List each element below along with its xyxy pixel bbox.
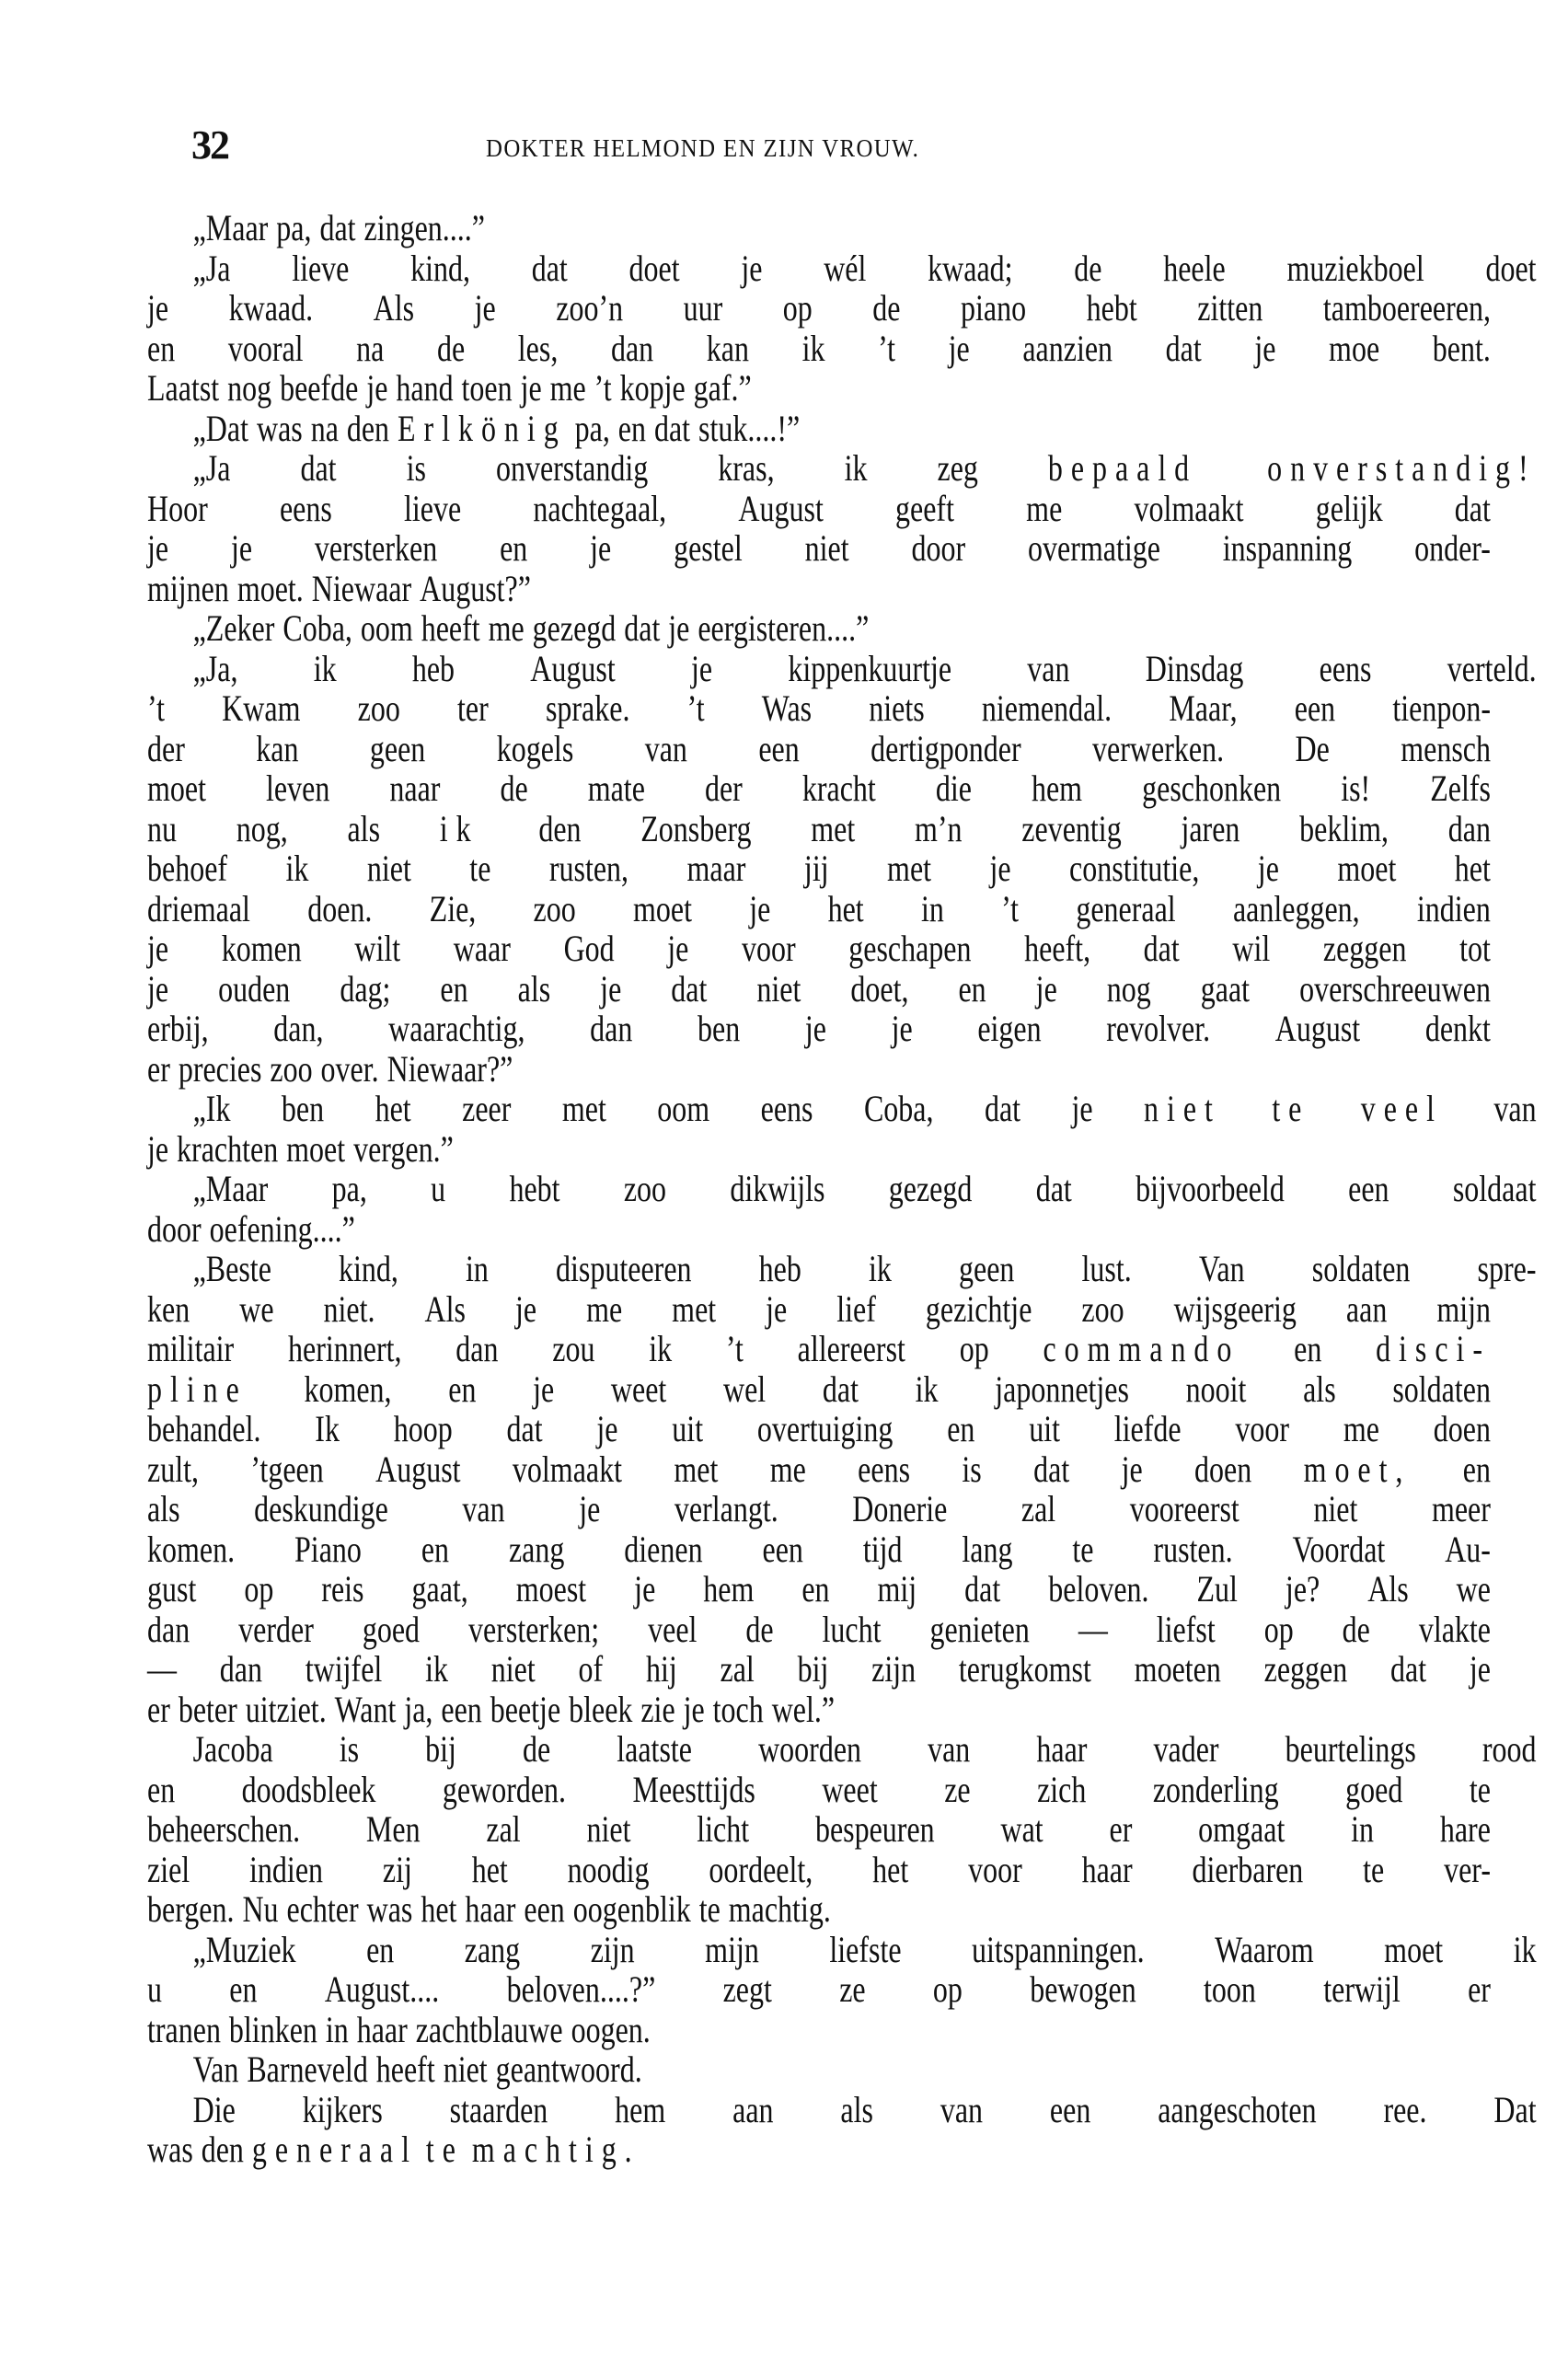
word: Coba, (864, 1089, 934, 1129)
word: heeft, (1024, 929, 1090, 969)
word: komen. (147, 1529, 235, 1570)
word: soldaat (1453, 1169, 1537, 1209)
word: gelijk (1316, 489, 1383, 529)
word: zegt (723, 1969, 772, 2010)
word: moest (516, 1569, 586, 1610)
word: noodig (568, 1850, 650, 1890)
word: je (515, 1289, 536, 1330)
word: pa, (332, 1169, 367, 1209)
text-line: behoefiknietterusten,maarjijmetjeconstit… (147, 848, 1491, 889)
word: dat (985, 1089, 1020, 1129)
word: het (375, 1089, 411, 1129)
word: August (738, 489, 823, 529)
word: je (634, 1569, 655, 1610)
word: Zie, (430, 889, 477, 929)
text-line: „DatwasnadenErlkönigpa,endatstuk....!” (147, 409, 1537, 449)
word: was (257, 409, 303, 449)
word: en (958, 969, 986, 1010)
text-line: „Jalievekind,datdoetjewélkwaad;deheelemu… (147, 248, 1537, 289)
word: ter (457, 688, 489, 729)
word: te (1363, 1850, 1384, 1890)
word: vooreerst (1130, 1489, 1239, 1529)
word: echter (287, 1889, 359, 1930)
word: hebt (509, 1169, 559, 1209)
word: Zelfs (1430, 768, 1491, 809)
text-line: —dantwijfeliknietofhijzalbijzijnterugkom… (147, 1649, 1491, 1690)
word: „Ja (193, 248, 231, 289)
word: eens (761, 1089, 813, 1129)
word: me (1026, 489, 1062, 529)
word: beter (179, 1690, 237, 1730)
word: hand (396, 368, 453, 409)
word: zingen....” (363, 208, 485, 248)
word: bleek (569, 1690, 632, 1730)
word: en (366, 1930, 394, 1970)
word: was (147, 2129, 193, 2170)
word: uit (672, 1409, 703, 1449)
text-line: Diekijkersstaardenhemaanalsvaneenaangesc… (147, 2090, 1537, 2130)
word: terugkomst (959, 1649, 1091, 1690)
word: me (489, 608, 525, 649)
word: onder- (1414, 528, 1491, 569)
text-line: jeoudendag;enalsjedatnietdoet,enjenoggaa… (147, 969, 1491, 1010)
word: niet (1144, 1089, 1221, 1129)
word: je (600, 969, 621, 1010)
text-line: beheerschen.Menzalnietlichtbespeurenwate… (147, 1809, 1491, 1850)
word: dat (319, 208, 355, 248)
word: dikwijls (730, 1169, 824, 1209)
word: tijd (863, 1529, 903, 1570)
word: zoo (1081, 1289, 1124, 1330)
word: beetje (490, 1690, 560, 1730)
text-line: erbeteruitziet.Wantja,eenbeetjebleekziej… (147, 1690, 1491, 1730)
word: liefst (1157, 1610, 1216, 1650)
word: je (533, 1369, 554, 1410)
word: aan (732, 2090, 773, 2130)
word: driemaal (147, 889, 250, 929)
word: kan (256, 729, 298, 769)
word: onverstandig! (1267, 448, 1536, 489)
word: je (668, 608, 689, 649)
word: komen, (304, 1369, 391, 1410)
word: der (705, 768, 743, 809)
word: een (758, 729, 799, 769)
word: we (1457, 1569, 1491, 1610)
word: den (538, 809, 581, 849)
word: niet (367, 848, 411, 889)
word: veel (648, 1610, 697, 1650)
word: doen (1194, 1449, 1251, 1490)
word: tamboereeren, (1323, 288, 1491, 329)
word: waarachtig, (388, 1009, 525, 1049)
word: je (231, 528, 252, 569)
word: beloven....?” (507, 1969, 656, 2010)
word: te (1272, 1089, 1309, 1129)
word: staarden (450, 2090, 548, 2130)
word: niet (756, 969, 801, 1010)
word: dat (654, 409, 690, 449)
word: ik (802, 329, 825, 369)
text-line: militairherinnert,danzouik’tallereerstop… (147, 1329, 1491, 1369)
word: ’t (147, 688, 165, 729)
word: ’t (687, 688, 705, 729)
word: bij (425, 1729, 456, 1770)
word: je (1254, 329, 1275, 369)
word: „Ja (193, 448, 231, 489)
word: oom (361, 608, 413, 649)
text-line: dooroefening....” (147, 1209, 1491, 1250)
word: disputeeren (556, 1249, 692, 1289)
word: me (770, 1449, 806, 1490)
word: tot (1459, 929, 1491, 969)
word: me (1343, 1409, 1379, 1449)
word: Barneveld (247, 2049, 368, 2090)
word: kind, (410, 248, 470, 289)
word: een (1050, 2090, 1090, 2130)
text-line: „IkbenhetzeermetoomeensCoba,datjeniettev… (147, 1089, 1537, 1129)
word: Au- (1445, 1529, 1491, 1570)
word: pline (147, 1369, 248, 1410)
word: zij (383, 1850, 412, 1890)
word: dienen (624, 1529, 702, 1570)
word: dan (1448, 809, 1491, 849)
word: dan (455, 1329, 498, 1369)
word: De (1296, 729, 1330, 769)
word: ik (649, 1329, 672, 1369)
word: den (347, 409, 389, 449)
word: door (147, 1209, 202, 1250)
word: uitspanningen. (972, 1930, 1145, 1970)
word: op (1264, 1610, 1294, 1650)
word: nog (227, 368, 271, 409)
word: je (590, 528, 611, 569)
word: mate (588, 768, 645, 809)
word: lief (836, 1289, 876, 1330)
word: zeg (938, 448, 978, 489)
word: Dat (1493, 2090, 1536, 2130)
word: komen (222, 929, 302, 969)
word: Kwam (222, 688, 300, 729)
word: „Beste (193, 1249, 271, 1289)
word: hare (1440, 1809, 1491, 1850)
word: vlakte (1419, 1610, 1491, 1650)
word: dat (624, 608, 660, 649)
word: is (340, 1729, 359, 1770)
word: je (147, 969, 168, 1010)
word: beurtelings (1286, 1729, 1416, 1770)
word: je (691, 649, 712, 689)
word: als (518, 969, 551, 1010)
word: allereerst (798, 1329, 905, 1369)
word: heeft (421, 608, 480, 649)
word: volmaakt (1134, 489, 1243, 529)
word: Niewaar?” (387, 1049, 513, 1090)
word: Waarom (1215, 1930, 1314, 1970)
word: ver- (1444, 1850, 1491, 1890)
word: hem (1032, 768, 1082, 809)
word: doet (1485, 248, 1536, 289)
word: die (936, 768, 972, 809)
word: verwerken. (1092, 729, 1224, 769)
word: kopje (620, 368, 686, 409)
word: ’tgeen (250, 1449, 323, 1490)
word: gaat, (411, 1569, 467, 1610)
word: je (667, 929, 688, 969)
word: haar (1036, 1729, 1087, 1770)
text-line: behandel.Ikhoopdatjeuitovertuigingenuitl… (147, 1409, 1491, 1449)
word: de (1074, 248, 1101, 289)
word: geschonken (1142, 768, 1281, 809)
word: machtig. (729, 1889, 831, 1930)
word: wel.” (772, 1690, 835, 1730)
word: machtig. (472, 2129, 640, 2170)
word: zijn (871, 1649, 916, 1690)
word: goed (1345, 1770, 1402, 1810)
word: dat (507, 1409, 543, 1449)
word: soldaten (1392, 1369, 1491, 1410)
word: zeer (462, 1089, 511, 1129)
word: toen (462, 368, 513, 409)
word: onverstandig (496, 448, 648, 489)
word: dertigponder (870, 729, 1020, 769)
body-text: „Maarpa,datzingen....”„Jalievekind,datdo… (147, 208, 1491, 2170)
text-line: wasdengeneraaltemachtig. (147, 2129, 1491, 2170)
word: is (962, 1449, 981, 1490)
word: me (550, 368, 586, 409)
word: oogen. (571, 2010, 651, 2050)
word: in (921, 889, 944, 929)
word: herinnert, (288, 1329, 402, 1369)
word: is (407, 448, 426, 489)
word: met (672, 1289, 716, 1330)
word: lieve (404, 489, 461, 529)
word: de (872, 288, 900, 329)
word: op (783, 288, 813, 329)
word: versterken (315, 528, 437, 569)
word: dat (1144, 929, 1180, 969)
word: verder (238, 1610, 314, 1650)
word: dat (671, 969, 707, 1010)
word: je (147, 1129, 168, 1170)
word: wil (1232, 929, 1270, 969)
word: Voordat (1293, 1529, 1386, 1570)
word: kijkers (303, 2090, 383, 2130)
word: zie (640, 1690, 674, 1730)
word: heb (759, 1249, 801, 1289)
word: eigen (977, 1009, 1041, 1049)
text-line: „ZekerCoba,oomheeftmegezegddatjeeergiste… (147, 608, 1537, 649)
word: behoef (147, 848, 227, 889)
word: Als (374, 288, 414, 329)
text-line: „Maarpa,uhebtzoodikwijlsgezegddatbijvoor… (147, 1169, 1537, 1209)
word: zitten (1197, 288, 1262, 329)
word: wilt (354, 929, 400, 969)
word: van (1493, 1089, 1536, 1129)
word: vooral (228, 329, 304, 369)
text-line: jejeversterkenenjegestelnietdoorovermati… (147, 528, 1491, 569)
word: omgaat (1198, 1809, 1285, 1850)
word: muziekboel (1286, 248, 1424, 289)
word: de (523, 1729, 550, 1770)
word: twijfel (306, 1649, 383, 1690)
word: rusten. (1153, 1529, 1232, 1570)
word: met (887, 848, 931, 889)
word: deskundige (254, 1489, 388, 1529)
word: Piano (294, 1529, 362, 1570)
word: je (749, 889, 770, 929)
word: en (421, 1529, 449, 1570)
text-line: kenweniet.Alsjememetjeliefgezichtjezoowi… (147, 1289, 1491, 1330)
word: goed (363, 1610, 420, 1650)
word: ik (916, 1369, 939, 1410)
word: en (500, 528, 527, 569)
text-line: bergen.Nuechterwashethaareenoogenbliktem… (147, 1889, 1491, 1930)
word: overmatige (1028, 528, 1160, 569)
word: disci- (1376, 1329, 1491, 1369)
word: dierbaren (1192, 1850, 1303, 1890)
word: te (1072, 1529, 1093, 1570)
word: eens (1320, 649, 1372, 689)
word: ben (698, 1009, 740, 1049)
word: Coba, (282, 608, 352, 649)
text-line: „Maarpa,datzingen....” (147, 208, 1537, 248)
word: te (699, 1889, 721, 1930)
word: en (147, 329, 175, 369)
word: „Zeker (193, 608, 275, 649)
text-line: alsdeskundigevanjeverlangt.Doneriezalvoo… (147, 1489, 1491, 1529)
word: de (500, 768, 527, 809)
word: zang (509, 1529, 564, 1570)
word: — (1078, 1610, 1108, 1650)
text-line: „Bestekind,indisputeerenhebikgeenlust.Va… (147, 1249, 1537, 1289)
word: erbij, (147, 1009, 209, 1049)
word: denkt (1425, 1009, 1491, 1049)
word: was (367, 1889, 413, 1930)
word: beheerschen. (147, 1809, 300, 1850)
word: je (741, 248, 762, 289)
word: een (524, 1889, 564, 1930)
word: kracht (802, 768, 876, 809)
word: zal (721, 1649, 755, 1690)
word: kwaad. (229, 288, 314, 329)
text-line: erprecieszooover.Niewaar?” (147, 1049, 1491, 1090)
word: Zul (1197, 1569, 1238, 1610)
word: dat (964, 1569, 1000, 1610)
word: hij (646, 1649, 677, 1690)
word: op (244, 1569, 273, 1610)
word: kras, (718, 448, 774, 489)
word: zeggen (1264, 1649, 1348, 1690)
word: ik (314, 649, 337, 689)
word: voor (742, 929, 796, 969)
word: het (828, 889, 864, 929)
text-line: Hooreenslievenachtegaal,Augustgeeftmevol… (147, 489, 1491, 529)
word: commando (1043, 1329, 1239, 1369)
word: zachtblauwe (416, 2010, 563, 2050)
word: revolver. (1106, 1009, 1210, 1049)
text-line: jekomenwiltwaarGodjevoorgeschapenheeft,d… (147, 929, 1491, 969)
word: als (147, 1489, 180, 1529)
word: je (366, 368, 387, 409)
text-line: gustopreisgaat,moestjehemenmijdatbeloven… (147, 1569, 1491, 1610)
word: les, (518, 329, 559, 369)
word: op (933, 1969, 963, 2010)
word: je (579, 1489, 600, 1529)
word: kogels (497, 729, 574, 769)
word: generaal (252, 2129, 418, 2170)
word: niets (869, 688, 924, 729)
word: vergen.” (353, 1129, 454, 1170)
word: — (147, 1649, 177, 1690)
word: het (472, 1850, 508, 1890)
word: jaren (1181, 809, 1239, 849)
page-header: 32 DOKTER HELMOND EN ZIJN VROUW. (191, 121, 1388, 167)
word: niemendal. (982, 688, 1112, 729)
word: ’t (878, 329, 895, 369)
word: lieve (292, 248, 349, 289)
word: je (1258, 848, 1279, 889)
word: doet, (850, 969, 908, 1010)
word: hem (703, 1569, 754, 1610)
word: eens (858, 1449, 910, 1490)
word: weet (822, 1770, 877, 1810)
word: Die (193, 2090, 236, 2130)
word: ik (440, 809, 479, 849)
word: spre- (1478, 1249, 1537, 1289)
word: rood (1482, 1729, 1537, 1770)
word: ben (282, 1089, 324, 1129)
word: bespeuren (815, 1809, 935, 1850)
word: aangeschoten (1158, 2090, 1316, 2130)
text-line: erbij,dan,waarachtig,danbenjejeeigenrevo… (147, 1009, 1491, 1049)
word: je (147, 929, 168, 969)
word: August (530, 649, 615, 689)
word: dat (1036, 1169, 1072, 1209)
word: dat (532, 248, 568, 289)
word: je (766, 1289, 787, 1330)
word: zoo (624, 1169, 666, 1209)
word: moet, (1304, 1449, 1412, 1490)
word: wat (1000, 1809, 1043, 1850)
word: dag; (340, 969, 390, 1010)
text-line: moetlevennaardematederkrachtdiehemgescho… (147, 768, 1491, 809)
text-line: ’tKwamzootersprake.’tWasnietsniemendal.M… (147, 688, 1491, 729)
text-line: jekrachtenmoetvergen.” (147, 1129, 1491, 1170)
word: kwaad; (928, 248, 1012, 289)
word: door (911, 528, 965, 569)
word: wél (824, 248, 866, 289)
word: zal (1021, 1489, 1055, 1529)
word: bijvoorbeeld (1136, 1169, 1285, 1209)
word: met (562, 1089, 606, 1129)
word: stuk....!” (698, 409, 800, 449)
word: zonderling (1153, 1770, 1279, 1810)
word: August (1275, 1009, 1360, 1049)
word: overtuiging (757, 1409, 894, 1449)
word: tienpon- (1392, 688, 1491, 729)
word: „Muziek (193, 1930, 296, 1970)
word: nu (147, 809, 177, 849)
word: en (947, 1409, 974, 1449)
word: ik (845, 448, 868, 489)
text-line: „Muziekenzangzijnmijnliefsteuitspanninge… (147, 1930, 1537, 1970)
word: voor (968, 1850, 1022, 1890)
word: zich (1037, 1770, 1086, 1810)
word: blinken (229, 2010, 317, 2050)
word: moet (1384, 1930, 1443, 1970)
word: je (147, 288, 168, 329)
word: „Maar (193, 208, 269, 248)
